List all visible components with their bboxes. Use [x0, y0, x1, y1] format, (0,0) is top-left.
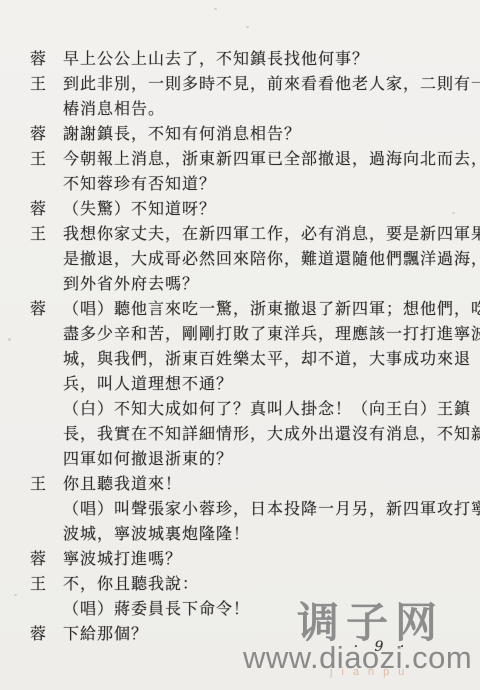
speech-lines: 不，你且聽我說：（唱）蔣委員長下命令！ [63, 571, 454, 621]
speech-lines: （唱）聽他言來吃一驚，浙東撤退了新四軍；想他們，吃盡多少辛和苦，剛剛打敗了東洋兵… [63, 296, 454, 471]
dialogue-line: 你且聽我道來！ [63, 471, 454, 496]
speech-lines: （失驚）不知道呀？ [63, 196, 454, 221]
speech: 蓉（唱）聽他言來吃一驚，浙東撤退了新四軍；想他們，吃盡多少辛和苦，剛剛打敗了東洋… [30, 296, 454, 471]
speech: 蓉早上公公上山去了，不知鎮長找他何事？ [30, 46, 454, 71]
dialogue-line: （唱）聽他言來吃一驚，浙東撤退了新四軍；想他們，吃 [63, 296, 454, 321]
dialogue-line: 兵，叫人道理想不通？ [63, 371, 454, 396]
dialogue-line: 城，與我們，浙東百姓樂太平，却不道，大事成功來退 [63, 346, 454, 371]
page-number: · 9 · [347, 639, 417, 655]
speech: 王不，你且聽我說：（唱）蔣委員長下命令！ [30, 571, 454, 621]
dialogue-line: 今朝報上消息，浙東新四軍已全部撤退，過海向北而去， [63, 146, 454, 171]
speech: 蓉謝謝鎮長，不知有何消息相告？ [30, 121, 454, 146]
dialogue-line: 早上公公上山去了，不知鎮長找他何事？ [63, 46, 454, 71]
scan-speck [14, 594, 17, 596]
watermark-faint-text: jianpu [330, 666, 413, 678]
speech-lines: 到此非別，一則多時不見，前來看看他老人家，二則有一樁消息相告。 [63, 71, 454, 121]
speech: 蓉寧波城打進嗎？ [30, 546, 454, 571]
speech-lines: 我想你家丈夫，在新四軍工作，必有消息，要是新四軍果是撤退，大成哥必然回來陪你，難… [63, 221, 454, 296]
dialogue-line: （唱）蔣委員長下命令！ [63, 596, 454, 621]
speaker-label: 王 [30, 71, 52, 96]
speaker-label: 王 [30, 221, 52, 246]
speech-lines: 寧波城打進嗎？ [63, 546, 454, 571]
speaker-label: 蓉 [30, 196, 52, 221]
dialogue-line: （失驚）不知道呀？ [63, 196, 454, 221]
speaker-label: 王 [30, 471, 52, 496]
speaker-label: 蓉 [30, 46, 52, 71]
speech-lines: 早上公公上山去了，不知鎮長找他何事？ [63, 46, 454, 71]
dialogue-line: 到外省外府去嗎？ [63, 271, 454, 296]
dialogue-line: 是撤退，大成哥必然回來陪你，難道還隨他們飄洋過海， [63, 246, 454, 271]
dialogue-line: 盡多少辛和苦，剛剛打敗了東洋兵，理應該一打打進寧波 [63, 321, 454, 346]
scan-speck [8, 338, 11, 341]
dialogue-line: （白）不知大成如何了？真叫人掛念！（向王白）王鎮 [63, 396, 454, 421]
speaker-label: 王 [30, 146, 52, 171]
dialogue-line: 不，你且聽我說： [63, 571, 454, 596]
scanned-script-page: 蓉早上公公上山去了，不知鎮長找他何事？王到此非別，一則多時不見，前來看看他老人家… [0, 0, 480, 690]
dialogue-line: 我想你家丈夫，在新四軍工作，必有消息，要是新四軍果 [63, 221, 454, 246]
speaker-label: 王 [30, 571, 52, 596]
dialogue-line: 波城，寧波城裏炮隆隆！ [63, 521, 454, 546]
speech-lines: 今朝報上消息，浙東新四軍已全部撤退，過海向北而去，不知蓉珍有否知道？ [63, 146, 454, 196]
scan-speck [246, 26, 249, 28]
speech: 王今朝報上消息，浙東新四軍已全部撤退，過海向北而去，不知蓉珍有否知道？ [30, 146, 454, 196]
dialogue-line: 不知蓉珍有否知道？ [63, 171, 454, 196]
speaker-label: 蓉 [30, 546, 52, 571]
speaker-label: 蓉 [30, 621, 52, 646]
scan-speck [214, 8, 217, 10]
dialogue-line: 寧波城打進嗎？ [63, 546, 454, 571]
speaker-label: 蓉 [30, 121, 52, 146]
dialogue-line: 樁消息相告。 [63, 96, 454, 121]
speech: 蓉（失驚）不知道呀？ [30, 196, 454, 221]
speech: 王我想你家丈夫，在新四軍工作，必有消息，要是新四軍果是撤退，大成哥必然回來陪你，… [30, 221, 454, 296]
dialogue-line: （唱）叫聲張家小蓉珍，日本投降一月另，新四軍攻打寧 [63, 496, 454, 521]
speaker-label: 蓉 [30, 296, 52, 321]
speech: 王到此非別，一則多時不見，前來看看他老人家，二則有一樁消息相告。 [30, 71, 454, 121]
speech: 王你且聽我道來！（唱）叫聲張家小蓉珍，日本投降一月另，新四軍攻打寧波城，寧波城裏… [30, 471, 454, 546]
dialogue-body: 蓉早上公公上山去了，不知鎮長找他何事？王到此非別，一則多時不見，前來看看他老人家… [30, 46, 454, 646]
dialogue-line: 四軍如何撤退浙東的？ [63, 446, 454, 471]
dialogue-line: 謝謝鎮長，不知有何消息相告？ [63, 121, 454, 146]
dialogue-line: 長，我實在不知詳細情形，大成外出還沒有消息，不知新 [63, 421, 454, 446]
dialogue-line: 到此非別，一則多時不見，前來看看他老人家，二則有一 [63, 71, 454, 96]
speech-lines: 你且聽我道來！（唱）叫聲張家小蓉珍，日本投降一月另，新四軍攻打寧波城，寧波城裏炮… [63, 471, 454, 546]
speech-lines: 謝謝鎮長，不知有何消息相告？ [63, 121, 454, 146]
